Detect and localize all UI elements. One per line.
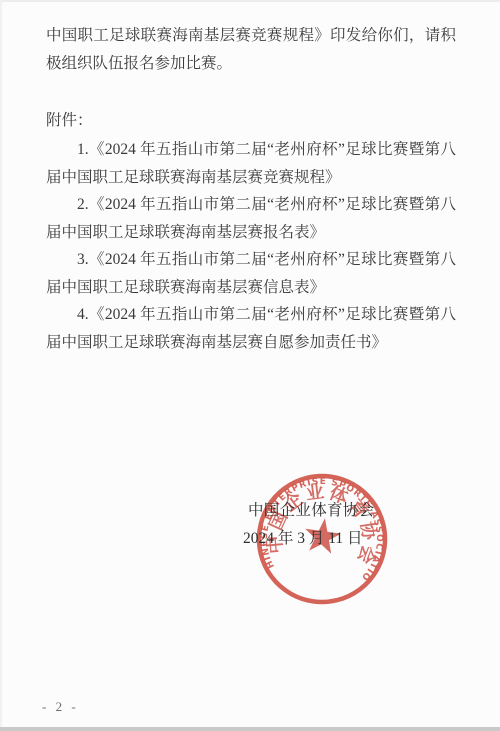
page-edge-top [0,0,500,2]
document-page: 中国职工足球联赛海南基层赛竞赛规程》印发给你们，请积极组织队伍报名参加比赛。 附… [0,0,500,731]
page-edge-bottom [0,727,500,731]
attachments-label: 附件： [46,107,93,135]
attachment-item-3: 3.《2024 年五指山市第二届“老州府杯”足球比赛暨第八届中国职工足球联赛海南… [46,246,456,301]
attachment-item-1: 1.《2024 年五指山市第二届“老州府杯”足球比赛暨第八届中国职工足球联赛海南… [46,136,456,191]
signature-date: 2024 年 3 月 11 日 [243,530,363,548]
body-paragraph-continuation: 中国职工足球联赛海南基层赛竞赛规程》印发给你们，请积极组织队伍报名参加比赛。 [46,22,456,78]
attachments-list: 1.《2024 年五指山市第二届“老州府杯”足球比赛暨第八届中国职工足球联赛海南… [46,136,456,356]
page-number: - 2 - [42,699,79,715]
attachment-item-4: 4.《2024 年五指山市第二届“老州府杯”足球比赛暨第八届中国职工足球联赛海南… [46,301,456,356]
attachment-item-2: 2.《2024 年五指山市第二届“老州府杯”足球比赛暨第八届中国职工足球联赛海南… [46,191,456,246]
signature-organization: 中国企业体育协会 [248,502,374,520]
